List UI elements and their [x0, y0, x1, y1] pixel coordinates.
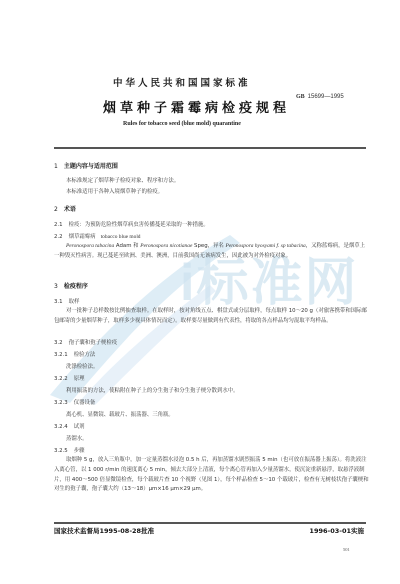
- effective-date: 1996-03-01实施: [309, 526, 364, 535]
- section-2-heading: 2术语: [54, 204, 76, 213]
- clause-3-2-4-heading: 3.2.4试剂: [54, 422, 85, 430]
- footer-divider: [54, 522, 366, 524]
- clause-2-2-heading: 2.2烟草霜霉病 tobacco blue mold: [54, 232, 141, 240]
- clause-3-2-1-body: 洗涤检验法。: [66, 362, 98, 370]
- clause-3-2-2-body: 利用振荡的方法，使粘附在种子上的分生孢子和分生孢子梗分散到水中。: [66, 386, 239, 394]
- gb-number: 15699—1995: [308, 94, 344, 100]
- section-1-line-1: 本标准规定了烟草种子检疫对象、程序和方法。: [66, 176, 179, 184]
- standard-number: GB15699—1995: [296, 94, 344, 100]
- standard-body-heading: 中华人民共和国国家标准: [113, 75, 251, 89]
- document-title-cn: 烟草种子霜霉病检疫规程: [103, 97, 290, 116]
- section-1-line-2: 本标准适用于各种入境烟草种子的检疫。: [66, 187, 163, 195]
- clause-3-2-heading: 3.2孢子囊和孢子梗检疫: [54, 338, 117, 346]
- clause-3-2-4-body: 蒸馏水。: [66, 434, 88, 442]
- clause-3-2-3-body: 离心机、显微镜、载玻片、振荡器、三角瓶。: [66, 410, 174, 418]
- clause-3-1-body: 对一批种子总样数按比例抽查取样。在取样时，按对角线五点、棋盘式或分层取样，每点取…: [54, 307, 370, 327]
- clause-2-1: 2.1检疫：为预防危险性烟草病虫害传播蔓延采取的一种措施。: [54, 220, 209, 228]
- clause-3-2-3-heading: 3.2.3仪器设备: [54, 398, 95, 406]
- approval-date: 国家技术监督局1995-08-28批准: [54, 526, 154, 535]
- clause-3-2-5-body: 取烟种 5 g，放入三角瓶中，加一定量蒸馏水浸泡 0.5 h 后，再加蒸馏水剧烈…: [54, 456, 370, 495]
- clause-3-2-5-heading: 3.2.5步骤: [54, 446, 85, 454]
- header-divider: [54, 147, 366, 149]
- gb-prefix: GB: [296, 94, 305, 100]
- section-3-heading: 3检疫程序: [54, 281, 88, 290]
- document-page: i标准网 中华人民共和国国家标准 GB15699—1995 烟草种子霜霉病检疫规…: [0, 0, 400, 584]
- clause-3-2-2-heading: 3.2.2原理: [54, 374, 85, 382]
- clause-2-2-body: Peronospora tabacina Adam 和 Peronospora …: [54, 242, 370, 262]
- section-1-heading: 1主题内容与适用范围: [54, 161, 118, 170]
- clause-3-1-heading: 3.1取样: [54, 297, 79, 305]
- page-number: 501: [343, 547, 350, 552]
- document-title-en: Rules for tobacco seed (blue mold) quara…: [123, 121, 241, 127]
- clause-3-2-1-heading: 3.2.1检验方法: [54, 350, 95, 358]
